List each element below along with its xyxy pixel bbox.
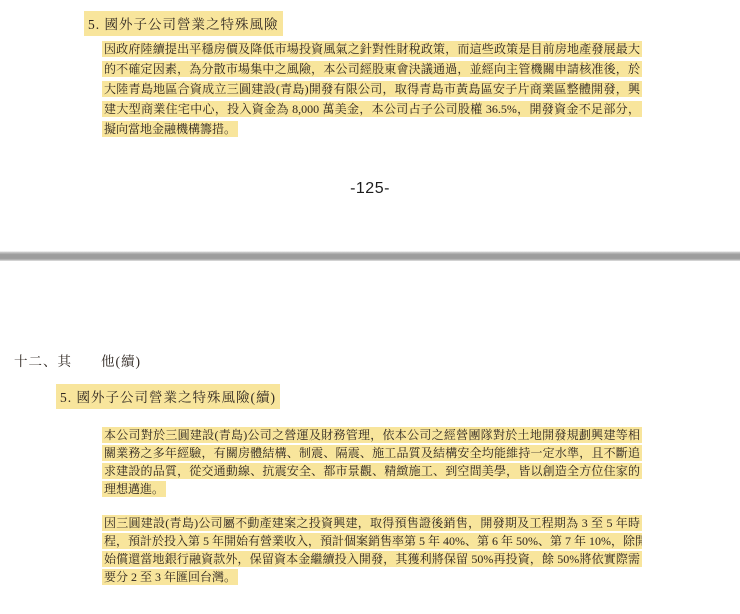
- paragraph-line: 求建設的品質，從交通動線、抗震安全、都市景觀、精緻施工、到空間美學，皆以創造全方…: [102, 463, 642, 479]
- document-viewer: 5. 國外子公司營業之特殊風險 因政府陸續提出平穩房價及降低市場投資風氣之針對性…: [0, 0, 740, 614]
- paragraph-line: 建大型商業住宅中心，投入資金為 8,000 萬美金，本公司占子公司股權 36.5…: [102, 101, 642, 117]
- paragraph-line: 始償還當地銀行融資款外，保留資本金繼續投入開發，其獲利將保留 50%再投資，餘 …: [102, 551, 642, 567]
- paragraph-line: 關業務之多年經驗，有關房體結構、制震、隔震、施工品質及結構安全均能維持一定水準，…: [102, 445, 642, 461]
- management-paragraph: 本公司對於三圓建設(青島)公司之營運及財務管理，依本公司之經營團隊對於土地開發規…: [102, 427, 642, 499]
- paragraph-line: 的不確定因素，為分散市場集中之風險，本公司經股東會決議通過，並經向主管機關申請核…: [102, 61, 642, 77]
- risk-section-heading-continued: 5. 國外子公司營業之特殊風險(續): [56, 384, 280, 409]
- paragraph-line: 大陸青島地區合資成立三圓建設(青島)開發有限公司，取得青島市黃島區安子片商業區整…: [102, 81, 642, 97]
- highlighted-heading-text: 5. 國外子公司營業之特殊風險: [84, 11, 283, 36]
- risk-paragraph: 因政府陸續提出平穩房價及降低市場投資風氣之針對性財稅政策，而這些政策是目前房地產…: [102, 41, 642, 141]
- paragraph-line: 擬向當地金融機構籌措。: [102, 121, 238, 137]
- investment-paragraph: 因三圓建設(青島)公司屬不動產建案之投資興建，取得預售證後銷售，開發期及工程期為…: [102, 515, 642, 587]
- paragraph-line: 因政府陸續提出平穩房價及降低市場投資風氣之針對性財稅政策，而這些政策是目前房地產…: [102, 41, 642, 57]
- paragraph-line: 本公司對於三圓建設(青島)公司之營運及財務管理，依本公司之經營團隊對於土地開發規…: [102, 427, 642, 443]
- paragraph-line: 要分 2 至 3 年匯回台灣。: [102, 569, 238, 585]
- page-break-divider: [0, 251, 740, 261]
- risk-section-heading: 5. 國外子公司營業之特殊風險: [84, 11, 283, 36]
- paragraph-line: 因三圓建設(青島)公司屬不動產建案之投資興建，取得預售證後銷售，開發期及工程期為…: [102, 515, 642, 531]
- section-12-title: 十二、其 他(續): [14, 350, 141, 370]
- page-number: -125-: [0, 180, 740, 198]
- highlighted-heading-text: 5. 國外子公司營業之特殊風險(續): [56, 384, 280, 409]
- paragraph-line: 程，預計於投入第 5 年開始有營業收入，預計個案銷售率第 5 年 40%、第 6…: [102, 533, 642, 549]
- paragraph-line: 理想邁進。: [102, 481, 166, 497]
